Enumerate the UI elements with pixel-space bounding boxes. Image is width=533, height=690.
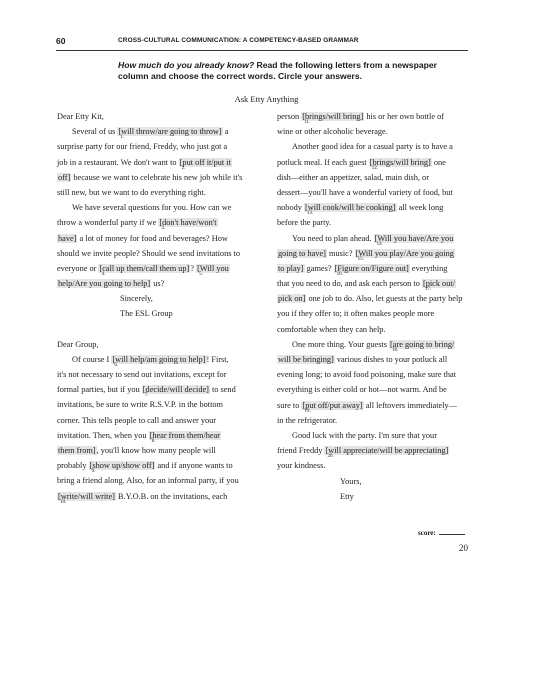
- line-text: because we want to celebrate his new job…: [71, 173, 242, 182]
- answer-choice[interactable]: [will throw/are going to throw]1.: [117, 127, 222, 136]
- answer-choice[interactable]: [write/will write]10.: [57, 492, 116, 501]
- line-text: invitation. Then, when you: [57, 431, 149, 440]
- line-text: wine or other alcoholic beverage.: [277, 127, 388, 136]
- answer-choice[interactable]: [Figure on/Figure out]16.: [334, 264, 410, 273]
- answer-choice[interactable]: [show up/show off]9.: [89, 461, 156, 470]
- answer-choice[interactable]: will be bringing]: [277, 355, 335, 364]
- line-text: You need to plan ahead.: [292, 234, 374, 243]
- text-line: surprise party for our friend, Freddy, w…: [57, 141, 269, 156]
- item-number: 15.: [358, 257, 364, 262]
- line-text: games?: [305, 264, 334, 273]
- item-number: 18.: [392, 348, 398, 353]
- score-label: score:: [418, 529, 465, 537]
- line-text: nobody: [277, 203, 304, 212]
- line-text: his or her own bottle of: [364, 112, 444, 121]
- text-line: [write/will write]10. B.Y.O.B. on the in…: [57, 491, 269, 506]
- line-text: before the party.: [277, 218, 331, 227]
- text-line: job in a restaurant. We don't want to [p…: [57, 157, 269, 172]
- answer-choice[interactable]: [are going to bring/18.: [389, 340, 455, 349]
- item-number: 3.: [161, 226, 165, 231]
- item-number: 9.: [92, 469, 96, 474]
- text-line: invitation. Then, when you [hear from th…: [57, 430, 269, 445]
- line-text: We have several questions for you. How c…: [72, 203, 231, 212]
- line-text: formal parties, but if you: [57, 385, 142, 394]
- text-line: invitations, be sure to write R.S.V.P. i…: [57, 399, 269, 414]
- line-text: throw a wonderful party if we: [57, 218, 158, 227]
- line-text: everyone or: [57, 264, 98, 273]
- item-number: 5.: [199, 272, 203, 277]
- line-text: and if anyone wants to: [155, 461, 232, 470]
- line-text: all week long: [397, 203, 444, 212]
- text-line: help/Are you going to help] us?: [57, 278, 269, 293]
- answer-choice[interactable]: [don't have/won't3.: [158, 218, 217, 227]
- line-text: that you need to do, and ask each person…: [277, 279, 422, 288]
- answer-choice[interactable]: help/Are you going to help]: [57, 279, 151, 288]
- line-text: One more thing. Your guests: [292, 340, 389, 349]
- closing: Sincerely,: [57, 293, 269, 308]
- answer-choice[interactable]: [will help/am going to help]6.: [111, 355, 206, 364]
- line-text: person: [277, 112, 301, 121]
- item-number: 16.: [337, 272, 343, 277]
- item-number: 12.: [372, 166, 378, 171]
- item-number: 19.: [304, 409, 310, 414]
- line-text: everything: [410, 264, 448, 273]
- answer-choice[interactable]: [Will you have/Are you14.: [374, 234, 455, 243]
- answer-choice[interactable]: off]: [57, 173, 71, 182]
- text-line: it's not necessary to send out invitatio…: [57, 369, 269, 384]
- text-line: throw a wonderful party if we [don't hav…: [57, 217, 269, 232]
- text-line: One more thing. Your guests [are going t…: [277, 339, 489, 354]
- text-line: friend Freddy [will appreciate/will be a…: [277, 445, 489, 460]
- line-text: probably: [57, 461, 89, 470]
- line-text: still new, but we want to do everything …: [57, 188, 206, 197]
- text-line: off] because we want to celebrate his ne…: [57, 172, 269, 187]
- answer-choice[interactable]: [brings/will bring]11.: [301, 112, 364, 121]
- item-number: 20.: [327, 454, 333, 459]
- line-text: a lot of money for food and beverages? H…: [77, 234, 227, 243]
- instructions-question: How much do you already know?: [118, 60, 254, 70]
- text-line: dessert—you'll have a wonderful variety …: [277, 187, 489, 202]
- text-line: will be bringing] various dishes to your…: [277, 354, 489, 369]
- line-text: one: [432, 158, 446, 167]
- line-text: corner. This tells people to call and an…: [57, 416, 216, 425]
- line-text: various dishes to your potluck all: [335, 355, 447, 364]
- salutation: Dear Etty Kit,: [57, 111, 269, 126]
- closing-reply: Yours,: [277, 476, 489, 491]
- line-text: a: [223, 127, 229, 136]
- text-line: that you need to do, and ask each person…: [277, 278, 489, 293]
- item-number: 4.: [101, 272, 105, 277]
- text-line: comfortable when they can help.: [277, 324, 489, 339]
- text-line: Another good idea for a casual party is …: [277, 141, 489, 156]
- text-line: them from], you'll know how many people …: [57, 445, 269, 460]
- text-line: going to have] music? [Will you play/Are…: [277, 248, 489, 263]
- line-text: your kindness.: [277, 461, 325, 470]
- line-text: should we invite people? Should we send …: [57, 249, 240, 258]
- salutation-reply: Dear Group,: [57, 339, 269, 354]
- answer-choice[interactable]: [call up them/call them up]4.: [98, 264, 190, 273]
- answer-choice[interactable]: [decide/will decide]7.: [142, 385, 210, 394]
- text-line: We have several questions for you. How c…: [57, 202, 269, 217]
- line-text: Several of us: [72, 127, 117, 136]
- text-line: before the party.: [277, 217, 489, 232]
- text-line: your kindness.: [277, 460, 489, 475]
- text-line: corner. This tells people to call and an…: [57, 415, 269, 430]
- score-blank[interactable]: [439, 534, 465, 535]
- text-line: everyone or [call up them/call them up]4…: [57, 263, 269, 278]
- line-text: all leftovers immediately—: [364, 401, 457, 410]
- item-number: 11.: [304, 120, 310, 125]
- score-text: score:: [418, 529, 436, 537]
- running-head: CROSS-CULTURAL COMMUNICATION: A COMPETEN…: [118, 37, 359, 44]
- answer-choice[interactable]: to play]: [277, 264, 305, 273]
- line-text: ! First,: [207, 355, 229, 364]
- text-line: Good luck with the party. I'm sure that …: [277, 430, 489, 445]
- text-line: dish—either an appetizer, salad, main di…: [277, 172, 489, 187]
- line-text: invitations, be sure to write R.S.V.P. i…: [57, 400, 223, 409]
- instructions: How much do you already know? Read the f…: [118, 60, 458, 82]
- text-line: nobody [will cook/will be cooking]13. al…: [277, 202, 489, 217]
- item-number: 6.: [114, 363, 118, 368]
- item-number: 2.: [182, 166, 186, 171]
- line-text: surprise party for our friend, Freddy, w…: [57, 142, 227, 151]
- item-number: 14.: [377, 242, 383, 247]
- line-text: bring a friend along. Also, for an infor…: [57, 476, 239, 485]
- answer-choice[interactable]: [pick out/17.: [422, 279, 456, 288]
- item-number: 1.: [120, 135, 124, 140]
- text-line: in the refrigerator.: [277, 415, 489, 430]
- line-text: Of course I: [72, 355, 111, 364]
- line-text: comfortable when they can help.: [277, 325, 386, 334]
- answer-choice[interactable]: pick on]: [277, 294, 306, 303]
- right-column: person [brings/will bring]11. his or her…: [277, 111, 489, 506]
- line-text: it's not necessary to send out invitatio…: [57, 370, 226, 379]
- answer-choice[interactable]: them from]: [57, 446, 97, 455]
- text-line: everything is either cold or hot—not war…: [277, 384, 489, 399]
- line-text: you if they offer to; it often makes peo…: [277, 309, 434, 318]
- signature: The ESL Group: [57, 308, 269, 323]
- item-number: 17.: [425, 287, 431, 292]
- line-text: dish—either an appetizer, salad, main di…: [277, 173, 429, 182]
- answer-choice[interactable]: have]: [57, 234, 77, 243]
- text-line: probably [show up/show off]9. and if any…: [57, 460, 269, 475]
- score-total: 20: [459, 543, 468, 553]
- answer-choice[interactable]: [will appreciate/will be appreciating]20…: [324, 446, 449, 455]
- line-text: job in a restaurant. We don't want to: [57, 158, 179, 167]
- line-text: in the refrigerator.: [277, 416, 337, 425]
- line-text: , you'll know how many people will: [97, 446, 216, 455]
- signature-reply: Etty: [277, 491, 489, 506]
- line-text: Another good idea for a casual party is …: [292, 142, 453, 151]
- line-text: us?: [151, 279, 164, 288]
- line-text: music?: [327, 249, 355, 258]
- text-line: pick on] one job to do. Also, let guests…: [277, 293, 489, 308]
- page-number: 60: [56, 36, 65, 46]
- text-line: bring a friend along. Also, for an infor…: [57, 475, 269, 490]
- answer-choice[interactable]: going to have]: [277, 249, 327, 258]
- item-number: 7.: [145, 393, 149, 398]
- text-line: person [brings/will bring]11. his or her…: [277, 111, 489, 126]
- text-line: should we invite people? Should we send …: [57, 248, 269, 263]
- line-text: sure to: [277, 401, 301, 410]
- line-text: B.Y.O.B. on the invitations, each: [116, 492, 227, 501]
- text-line: still new, but we want to do everything …: [57, 187, 269, 202]
- line-text: one job to do. Also, let guests at the p…: [306, 294, 462, 303]
- line-text: to send: [210, 385, 236, 394]
- text-line: have] a lot of money for food and bevera…: [57, 233, 269, 248]
- page-header: 60 CROSS-CULTURAL COMMUNICATION: A COMPE…: [56, 36, 468, 51]
- item-number: 13.: [307, 211, 313, 216]
- answer-choice[interactable]: [Will you play/Are you going15.: [355, 249, 455, 258]
- item-number: 8.: [152, 439, 156, 444]
- left-column: Dear Etty Kit, Several of us [will throw…: [57, 111, 269, 506]
- article-title: Ask Etty Anything: [0, 94, 533, 104]
- answer-choice[interactable]: [hear from them/hear8.: [149, 431, 222, 440]
- text-line: evening long; to avoid food poisoning, m…: [277, 369, 489, 384]
- text-line: You need to plan ahead. [Will you have/A…: [277, 233, 489, 248]
- text-line: formal parties, but if you [decide/will …: [57, 384, 269, 399]
- line-text: Good luck with the party. I'm sure that …: [292, 431, 437, 440]
- text-line: potluck meal. If each guest [brings/will…: [277, 157, 489, 172]
- line-text: dessert—you'll have a wonderful variety …: [277, 188, 453, 197]
- text-line: wine or other alcoholic beverage.: [277, 126, 489, 141]
- answer-choice[interactable]: [put off/put away]19.: [301, 401, 363, 410]
- line-text: friend Freddy: [277, 446, 324, 455]
- line-text: everything is either cold or hot—not war…: [277, 385, 447, 394]
- item-number: 10.: [60, 500, 66, 505]
- text-line: Of course I [will help/am going to help]…: [57, 354, 269, 369]
- answer-choice[interactable]: [Will you5.: [196, 264, 230, 273]
- text-line: to play] games? [Figure on/Figure out]16…: [277, 263, 489, 278]
- answer-choice[interactable]: [brings/will bring]12.: [369, 158, 432, 167]
- text-line: sure to [put off/put away]19. all leftov…: [277, 400, 489, 415]
- answer-choice[interactable]: [will cook/will be cooking]13.: [304, 203, 397, 212]
- line-text: potluck meal. If each guest: [277, 158, 369, 167]
- text-line: you if they offer to; it often makes peo…: [277, 308, 489, 323]
- line-text: evening long; to avoid food poisoning, m…: [277, 370, 456, 379]
- answer-choice[interactable]: [put off it/put it2.: [179, 158, 232, 167]
- text-line: Several of us [will throw/are going to t…: [57, 126, 269, 141]
